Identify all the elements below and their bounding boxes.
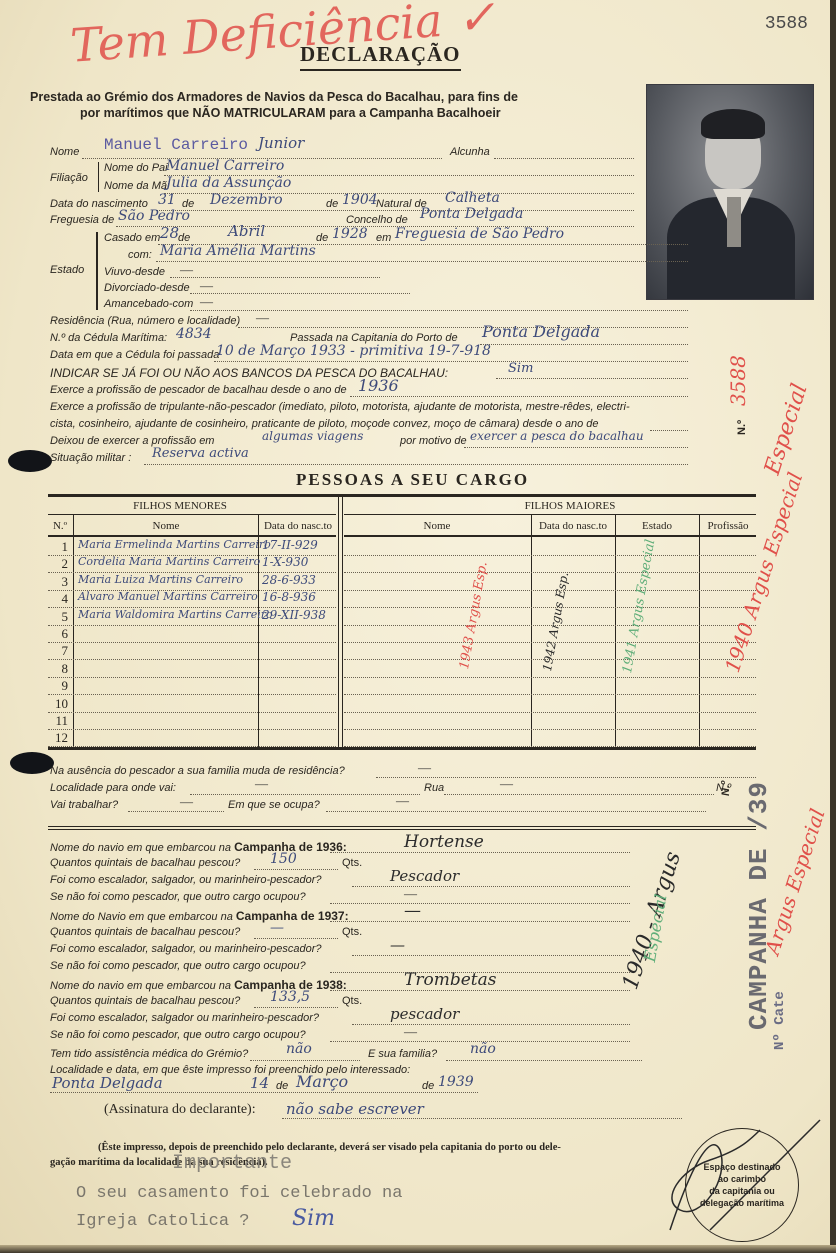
row-number: 1 [48,539,68,555]
quintais-label: Quantos quintais de bacalhau pescou? [50,995,240,1007]
cedula-value: 4834 [176,326,212,342]
catolica-question: O seu casamento foi celebrado na [76,1184,402,1203]
outro-cargo-label: Se não foi como pescador, que outro carg… [50,1029,306,1041]
funcao-value: pescador [390,1005,459,1023]
col-data-maiores-header: Data do nasc.to [532,520,614,532]
quintais-label: Quantos quintais de bacalhau pescou? [50,926,240,938]
row-number: 3 [48,574,68,590]
ausencia-label: Na ausência do pescador a sua familia mu… [50,765,345,777]
row-number: 5 [48,609,68,625]
row-number: 8 [48,661,68,677]
child-birthdate: 16-8-936 [262,590,316,604]
quintais-value: 133,5 [270,989,310,1005]
cedula-label: N.º da Cédula Marítima: [50,332,167,344]
nota-line-1: (Êste impresso, depois de preenchido pel… [98,1142,561,1153]
punch-hole [8,450,52,472]
de-label: de [422,1080,434,1092]
mes-value: Março [296,1072,348,1091]
navio-value: Hortense [404,832,484,852]
local-value: Ponta Delgada [52,1074,163,1092]
deixou-value: algumas viagens [262,429,363,443]
child-birthdate: 17-II-929 [262,538,318,552]
rua-value: — [500,776,513,792]
importante-heading: Importante [172,1152,292,1175]
navio-label: Nome do navio em que embarcou na Campanh… [50,840,347,854]
assistencia-value: não [286,1041,312,1057]
pai-label: Nome do Pai [104,162,168,174]
child-name: Maria Waldomira Martins Carreiro [78,608,273,621]
qts-label: Qts. [342,995,362,1007]
nascimento-mes: Dezembro [210,192,283,208]
assistencia-label: Tem tido assistência médica do Grémio? [50,1048,248,1060]
side-number-label: N.º [736,420,748,435]
funcao-value: — [390,936,405,954]
catolica-answer: Sim [292,1206,335,1231]
capitania-value: Ponta Delgada [482,322,600,341]
row-number: 6 [48,626,68,642]
trabalhar-label: Vai trabalhar? [50,799,118,811]
document-number: 3588 [765,14,808,34]
nascimento-ano: 1904 [342,192,378,208]
motivo-label: por motivo de [400,435,467,447]
quintais-value: — [270,920,284,936]
child-name: Maria Luiza Martins Carreiro [78,573,243,586]
familia-value: não [470,1041,496,1057]
section-title: PESSOAS A SEU CARGO [296,470,529,490]
menores-title: FILHOS MENORES [100,500,260,512]
funcao-label: Foi como escalador, salgador, ou marinhe… [50,874,321,886]
divorciado-label: Divorciado-desde [104,282,190,294]
funcao-label: Foi como escalador, salgador, ou marinhe… [50,943,321,955]
side-stamp-num: N.º [720,781,732,796]
child-birthdate: 28-6-933 [262,573,316,587]
col-data-header: Data do nasc.to [258,520,338,532]
rua-label: Rua [424,782,444,794]
portrait-photo [646,84,814,300]
estado-label: Estado [50,264,84,276]
com-label: com: [128,249,152,261]
row-number: 9 [48,678,68,694]
quintais-label: Quantos quintais de bacalhau pescou? [50,857,240,869]
de-label: de [326,198,338,210]
casado-local: Freguesia de São Pedro [395,226,564,242]
funcao-value: Pescador [390,867,459,885]
qts-label: Qts. [342,857,362,869]
ocupa-label: Em que se ocupa? [228,799,320,811]
subtitle-line-2: por marítimos que NÃO MATRICULARAM para … [80,106,501,120]
nome-label: Nome [50,146,79,158]
row-number: 2 [48,556,68,572]
child-name: Maria Ermelinda Martins Carreiro [78,538,271,551]
navio-label: Nome do Navio em que embarcou na Campanh… [50,909,349,923]
qts-label: Qts. [342,926,362,938]
localidade-value: — [255,776,268,792]
dia-value: 14 [250,1074,269,1092]
viuvo-label: Viuvo-desde [104,266,165,278]
amancebado-label: Amancebado-com [104,298,193,310]
casado-mes: Abril [228,222,265,240]
child-birthdate: 1-X-930 [262,555,308,569]
row-number: 11 [48,713,68,729]
funcao-label: Foi como escalador, salgador ou marinhei… [50,1012,319,1024]
child-name: Cordelia Maria Martins Carreiro [78,555,260,568]
side-campaign-stamp: CAMPANHA DE /39 [744,781,774,1030]
conjuge-value: Maria Amélia Martins [160,243,316,259]
ano-value: 1939 [438,1074,474,1090]
alcunha-label: Alcunha [450,146,490,158]
col-nome-header: Nome [74,520,258,532]
quintais-value: 150 [270,851,297,867]
de-label: de [316,232,328,244]
amancebado-value: — [200,294,213,310]
row-number: 12 [48,730,68,746]
divorciado-value: — [200,278,213,294]
concelho-value: Ponta Delgada [420,206,523,222]
child-birthdate: 29-XII-938 [262,608,326,622]
row-number: 7 [48,643,68,659]
freguesia-label: Freguesia de [50,214,114,226]
side-number-value: 3588 [726,355,750,406]
data-cedula-label: Data em que a Cédula foi passada [50,349,219,361]
col-estado-header: Estado [616,520,698,532]
maiores-title: FILHOS MAIORES [420,500,720,512]
motivo-value: exercer a pesca do bacalhau [470,429,644,443]
official-signature [650,1110,830,1250]
col-profissao-header: Profissão [700,520,756,532]
nome-value: Manuel Carreiro [104,136,248,154]
militar-value: Reserva activa [152,446,249,461]
residencia-value: — [256,310,269,326]
natural-value: Calheta [445,190,500,206]
freguesia-value: São Pedro [118,208,190,224]
assinatura-label: (Assinatura do declarante): [104,1102,256,1118]
em-label: em [376,232,391,244]
page-edge [830,0,836,1253]
pai-value: Manuel Carreiro [166,158,284,174]
ocupa-value: — [396,793,409,809]
mae-label: Nome da Mãi [104,180,169,192]
data-cedula-value: 10 de Março 1933 - primitiva 19-7-918 [216,343,491,359]
punch-hole [10,752,54,774]
pescador-desde-value: 1936 [358,376,399,395]
tripulante-label: Exerce a profissão de tripulante-não-pes… [50,401,630,413]
trabalhar-value: — [180,794,193,810]
navio-value: — [404,901,421,921]
outro-cargo-value: — [404,1024,417,1040]
catolica-question-2: Igreja Catolica ? [76,1212,249,1231]
de-label: de [276,1080,288,1092]
navio-value: Trombetas [404,970,496,990]
outro-cargo-value: — [404,886,417,902]
casado-label: Casado em [104,232,160,244]
row-number: 4 [48,591,68,607]
side-bottom-stamp: Nº Cate [772,991,788,1050]
casado-ano: 1928 [332,226,368,242]
row-number: 10 [48,696,68,712]
nome-suffix: Junior [258,134,304,152]
assinatura-value: não sabe escrever [286,1100,424,1118]
familia-label: E sua familia? [368,1048,437,1060]
viuvo-value: — [180,262,193,278]
outro-cargo-label: Se não foi como pescador, que outro carg… [50,960,306,972]
concelho-label: Concelho de [346,214,408,226]
casado-dia: 28 [160,224,179,242]
nascimento-dia: 31 [158,192,176,208]
mae-value: Julia da Assunção [166,175,291,191]
pescador-desde-label: Exerce a profissão de pescador de bacalh… [50,384,347,396]
bancos-value: Sim [508,361,533,376]
ausencia-value: — [418,760,431,776]
col-num-header: N.º [48,520,72,532]
localidade-label: Localidade para onde vai: [50,782,176,794]
outro-cargo-label: Se não foi como pescador, que outro carg… [50,891,306,903]
filiacao-label: Filiação [50,172,88,184]
col-nome-maiores-header: Nome [344,520,530,532]
subtitle-line-1: Prestada ao Grémio dos Armadores de Navi… [30,90,518,104]
militar-label: Situação militar : [50,452,131,464]
child-name: Alvaro Manuel Martins Carreiro [78,590,258,603]
